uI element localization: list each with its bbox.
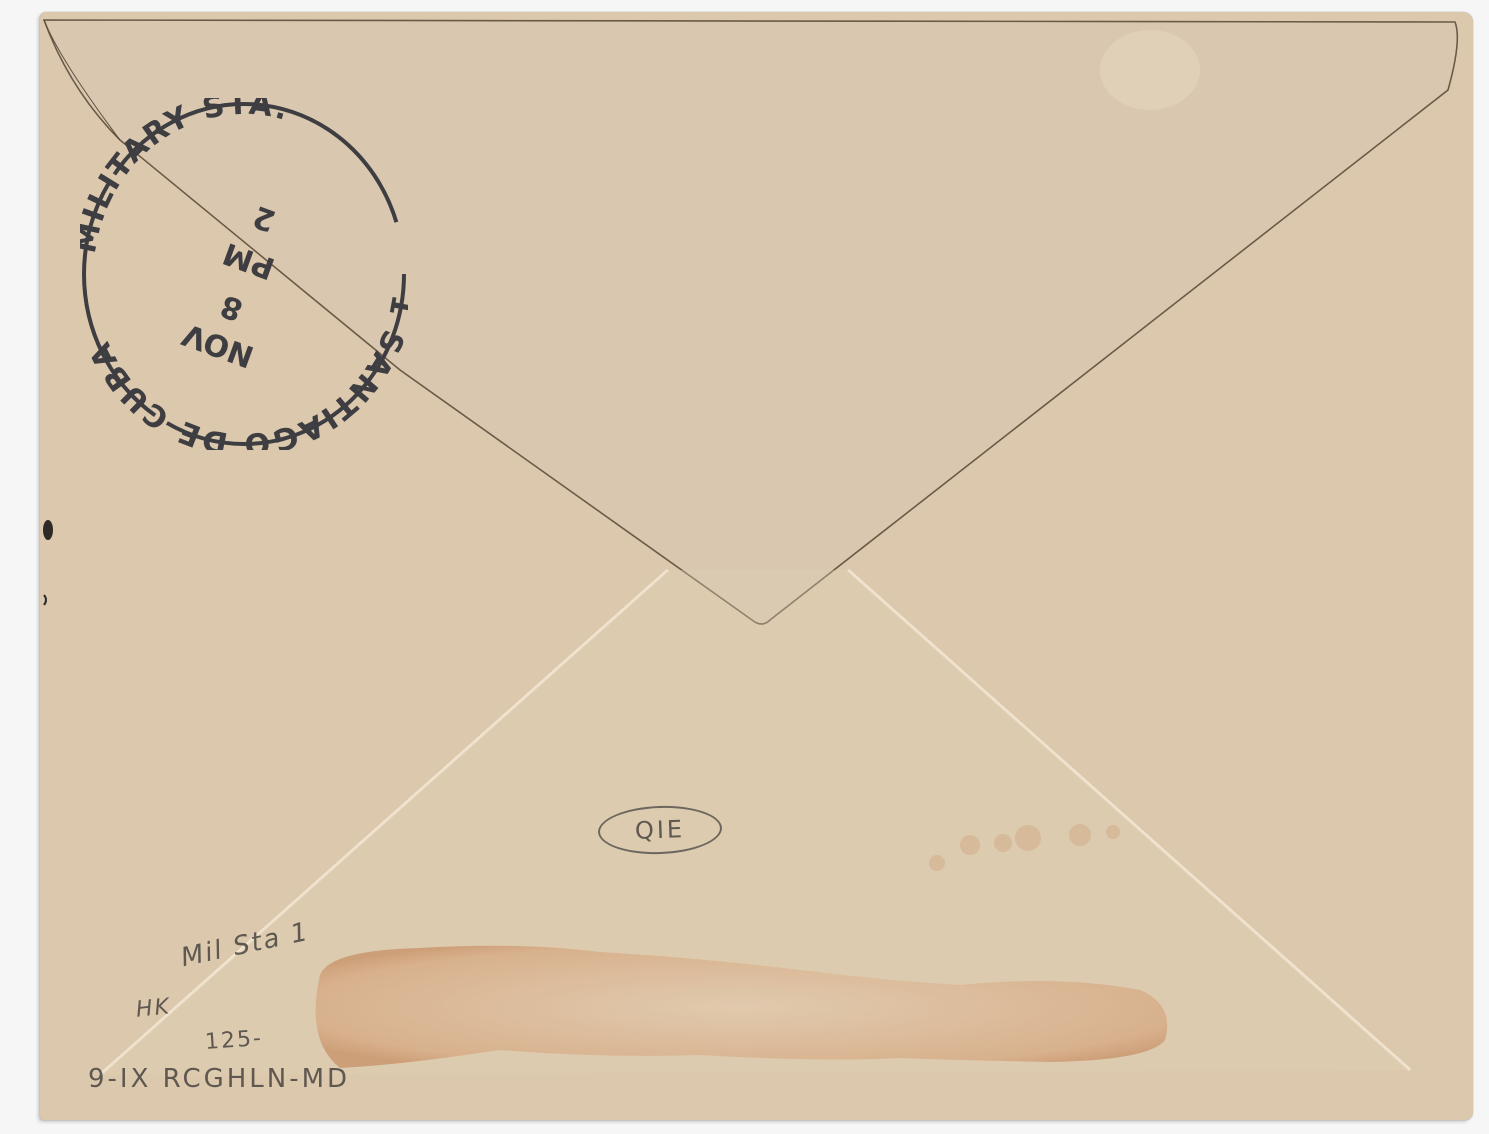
note-hk: HK — [135, 994, 172, 1023]
postmark-line-4: 2 — [249, 198, 281, 238]
postmark-line-2: 8 — [216, 287, 248, 327]
note-code: 9-IX RCGHLN-MD — [88, 1064, 350, 1094]
circled-note-text: QIE — [634, 815, 685, 845]
santiago-postmark: 1 SANTIAGO DE CUBA MILITARY STA. NOV 8 P… — [80, 98, 408, 450]
postmark-line-1: NOV — [177, 316, 258, 374]
postmark-line-3: PM — [219, 235, 280, 286]
note-price: 125- — [204, 1026, 264, 1055]
envelope-scene: 1 SANTIAGO DE CUBA MILITARY STA. NOV 8 P… — [0, 0, 1489, 1134]
